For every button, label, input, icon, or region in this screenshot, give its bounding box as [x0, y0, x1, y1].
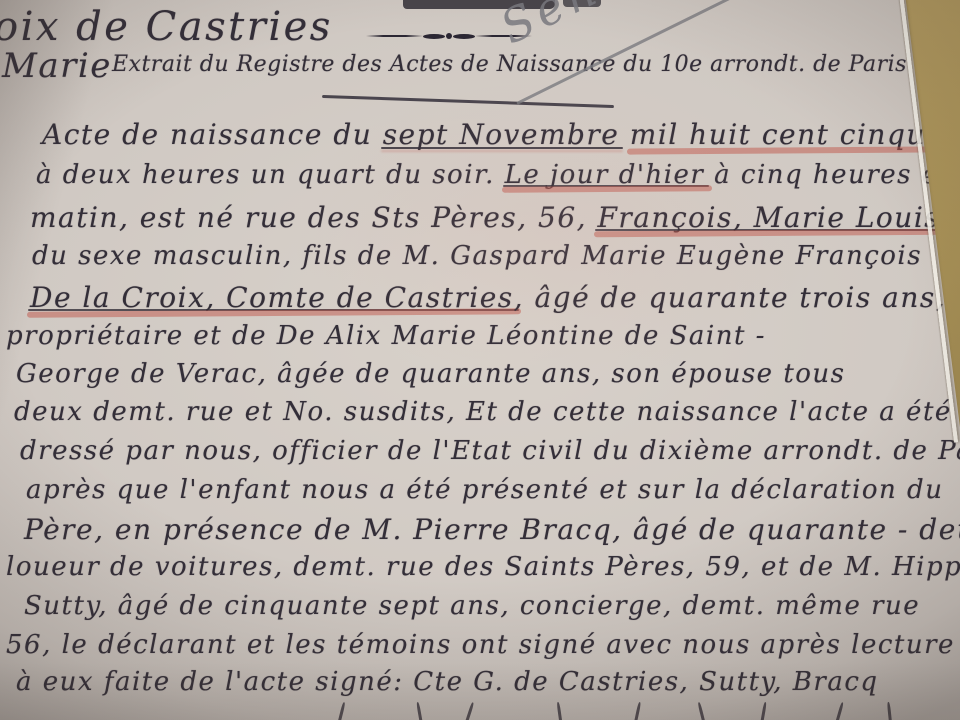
handwritten-line: dressé par nous, officier de l'Etat civi… [20, 436, 960, 466]
text-segment: à deux heures un quart du soir. [36, 160, 505, 190]
margin-note: oix de Castries [0, 4, 333, 50]
underlined-phrase: De la Croix, Comte de Castries [30, 281, 514, 314]
document-photo: oix de Castries Marie Sens Extrait du Re… [0, 0, 960, 720]
pencil-annotation: Sens [492, 0, 634, 55]
handwritten-line: du sexe masculin, fils de M. Gaspard Mar… [32, 241, 922, 271]
text-segment: après que l'enfant nous a été présenté e… [26, 475, 943, 505]
underlined-phrase: sept Novembre [383, 118, 620, 151]
text-segment: du sexe masculin, fils de M. Gaspard Mar… [32, 241, 922, 271]
handwritten-line: Acte de naissance du sept Novembre mil h… [42, 118, 960, 151]
handwritten-line: à eux faite de l'acte signé: Cte G. de C… [16, 667, 879, 697]
text-segment: dressé par nous, officier de l'Etat civi… [20, 436, 960, 466]
handwritten-line: Père, en présence de M. Pierre Bracq, âg… [24, 513, 960, 546]
handwritten-line: matin, est né rue des Sts Pères, 56, Fra… [30, 201, 940, 234]
text-segment: George de Verac, âgée de quarante ans, s… [16, 359, 846, 389]
handwritten-line: deux demt. rue et No. susdits, Et de cet… [14, 397, 952, 427]
divider-knot [446, 33, 452, 39]
divider-rule [366, 35, 423, 37]
handwritten-line: à deux heures un quart du soir. Le jour … [36, 160, 960, 190]
divider-lens [453, 34, 475, 39]
handwritten-line: 56, le déclarant et les témoins ont sign… [6, 630, 955, 660]
margin-note: Marie [2, 46, 112, 86]
text-segment: 56, le déclarant et les témoins ont sign… [6, 630, 955, 660]
handwritten-line: propriétaire et de De Alix Marie Léontin… [6, 321, 766, 351]
handwritten-line: Sutty, âgé de cinquante sept ans, concie… [24, 591, 920, 621]
handwritten-line: George de Verac, âgée de quarante ans, s… [16, 359, 846, 389]
text-segment [619, 118, 629, 151]
text-segment: , âgé de quarante trois ans, [514, 281, 946, 314]
title-underline [322, 95, 614, 108]
text-segment: matin, est né rue des Sts Pères, 56, [30, 201, 597, 234]
underlined-phrase: Le jour d'hier [505, 160, 705, 190]
text-segment: Acte de naissance du [42, 118, 383, 151]
handwritten-line: après que l'enfant nous a été présenté e… [26, 475, 943, 505]
text-segment: loueur de voitures, demt. rue des Saints… [6, 552, 960, 582]
cut-off-handwriting-strokes [0, 702, 960, 720]
text-segment: propriétaire et de De Alix Marie Léontin… [6, 321, 766, 351]
underlined-phrase: mil huit cent cinquante neuf [630, 118, 960, 151]
document-title: Extrait du Registre des Actes de Naissan… [112, 52, 960, 77]
text-segment: à eux faite de l'acte signé: Cte G. de C… [16, 667, 879, 697]
underlined-phrase: François, Marie Louis [597, 201, 940, 234]
text-segment: Sutty, âgé de cinquante sept ans, concie… [24, 591, 920, 621]
text-segment: Père, en présence de M. Pierre Bracq, âg… [24, 513, 960, 546]
handwritten-line: De la Croix, Comte de Castries, âgé de q… [30, 281, 946, 314]
text-segment: deux demt. rue et No. susdits, Et de cet… [14, 397, 952, 427]
handwritten-line: loueur de voitures, demt. rue des Saints… [6, 552, 960, 582]
divider-lens [423, 34, 445, 39]
